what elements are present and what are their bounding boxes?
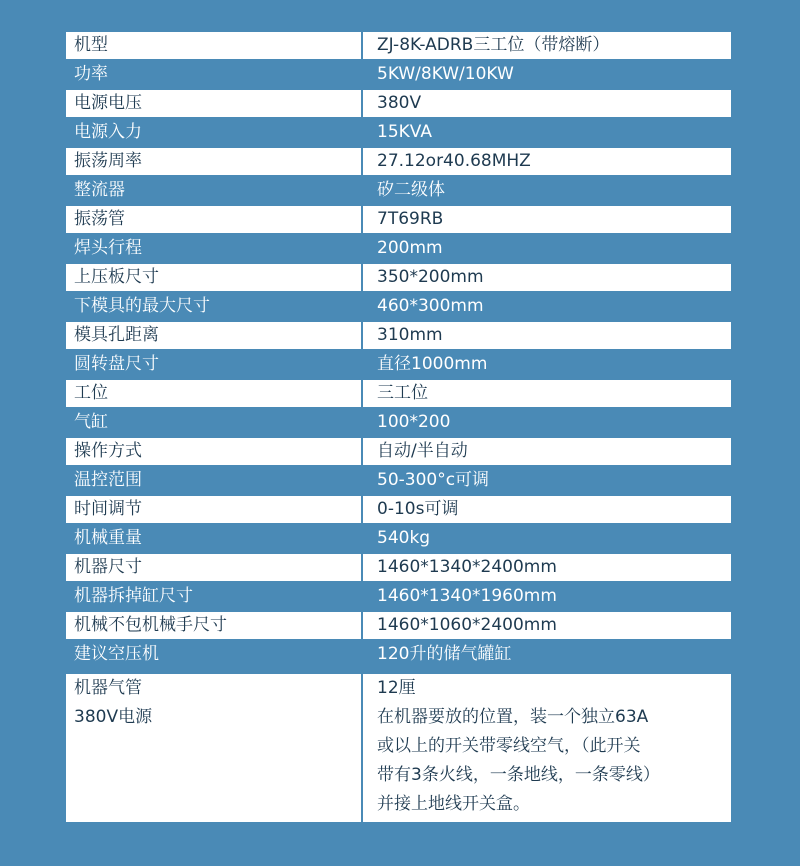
spec-value: 7T69RB <box>363 206 731 235</box>
spec-row-size-no-manipulator: 机械不包机械手尺寸 1460*1060*2400mm <box>66 612 731 641</box>
spec-value: 15KVA <box>363 119 731 148</box>
notes-value-line: 或以上的开关带零线空气，（此开关 <box>377 732 721 761</box>
notes-key-power: 380V电源 <box>74 703 361 732</box>
spec-row-machine-size: 机器尺寸 1460*1340*2400mm <box>66 554 731 583</box>
spec-key: 工位 <box>66 380 363 409</box>
spec-value: 50-300°c可调 <box>363 467 731 496</box>
spec-key: 下模具的最大尺寸 <box>66 293 363 322</box>
spec-row-upper-plate: 上压板尺寸 350*200mm <box>66 264 731 293</box>
spec-table: 机型 ZJ-8K-ADRB三工位（带熔断） 功率 5KW/8KW/10KW 电源… <box>66 32 731 822</box>
spec-row-temperature: 温控范围 50-300°c可调 <box>66 467 731 496</box>
spec-key: 机械重量 <box>66 525 363 554</box>
notes-value-line: 带有3条火线，一条地线，一条零线） <box>377 761 721 790</box>
spec-key: 电源入力 <box>66 119 363 148</box>
spec-key: 上压板尺寸 <box>66 264 363 293</box>
notes-values: 12厘 在机器要放的位置，装一个独立63A 或以上的开关带零线空气，（此开关 带… <box>363 674 731 822</box>
spec-row-rectifier: 整流器 矽二级体 <box>66 177 731 206</box>
spec-row-weight: 机械重量 540kg <box>66 525 731 554</box>
spec-row-oscillator-tube: 振荡管 7T69RB <box>66 206 731 235</box>
spec-key: 振荡周率 <box>66 148 363 177</box>
spec-row-input: 电源入力 15KVA <box>66 119 731 148</box>
notes-value-line: 12厘 <box>377 674 721 703</box>
spec-value: 380V <box>363 90 731 119</box>
spec-key: 模具孔距离 <box>66 322 363 351</box>
spec-row-turntable: 圆转盘尺寸 直径1000mm <box>66 351 731 380</box>
spec-value: 1460*1340*1960mm <box>363 583 731 612</box>
spec-value: 310mm <box>363 322 731 351</box>
notes-keys: 机器气管 380V电源 <box>66 674 363 822</box>
spec-row-lower-mold: 下模具的最大尺寸 460*300mm <box>66 293 731 322</box>
spec-row-cylinder: 气缸 100*200 <box>66 409 731 438</box>
spec-row-stations: 工位 三工位 <box>66 380 731 409</box>
spec-row-power: 功率 5KW/8KW/10KW <box>66 61 731 90</box>
spec-key: 操作方式 <box>66 438 363 467</box>
spec-key: 机器拆掉缸尺寸 <box>66 583 363 612</box>
spec-key: 建议空压机 <box>66 641 363 670</box>
spec-key: 圆转盘尺寸 <box>66 351 363 380</box>
spec-row-voltage: 电源电压 380V <box>66 90 731 119</box>
spec-row-compressor: 建议空压机 120升的储气罐缸 <box>66 641 731 670</box>
spec-value: 自动/半自动 <box>363 438 731 467</box>
spec-key: 机器尺寸 <box>66 554 363 583</box>
spec-value: 5KW/8KW/10KW <box>363 61 731 90</box>
spec-value: 120升的储气罐缸 <box>363 641 731 670</box>
spec-key: 电源电压 <box>66 90 363 119</box>
spec-value: 200mm <box>363 235 731 264</box>
spec-value: 350*200mm <box>363 264 731 293</box>
notes-key-air-pipe: 机器气管 <box>74 674 361 703</box>
spec-row-model: 机型 ZJ-8K-ADRB三工位（带熔断） <box>66 32 731 61</box>
spec-value: 540kg <box>363 525 731 554</box>
spec-row-size-no-cylinder: 机器拆掉缸尺寸 1460*1340*1960mm <box>66 583 731 612</box>
spec-value: 1460*1340*2400mm <box>363 554 731 583</box>
spec-value: 0-10s可调 <box>363 496 731 525</box>
spec-row-notes: 机器气管 380V电源 12厘 在机器要放的位置，装一个独立63A 或以上的开关… <box>66 674 731 822</box>
spec-value: 460*300mm <box>363 293 731 322</box>
spec-value: 直径1000mm <box>363 351 731 380</box>
spec-row-operation: 操作方式 自动/半自动 <box>66 438 731 467</box>
notes-value-line: 并接上地线开关盒。 <box>377 790 721 819</box>
spec-value: 三工位 <box>363 380 731 409</box>
spec-key: 振荡管 <box>66 206 363 235</box>
notes-value-line: 在机器要放的位置，装一个独立63A <box>377 703 721 732</box>
spec-key: 整流器 <box>66 177 363 206</box>
spec-value: 矽二级体 <box>363 177 731 206</box>
spec-key: 机械不包机械手尺寸 <box>66 612 363 641</box>
spec-row-time: 时间调节 0-10s可调 <box>66 496 731 525</box>
spec-key: 温控范围 <box>66 467 363 496</box>
spec-row-mold-hole: 模具孔距离 310mm <box>66 322 731 351</box>
spec-key: 时间调节 <box>66 496 363 525</box>
spec-value: ZJ-8K-ADRB三工位（带熔断） <box>363 32 731 61</box>
spec-key: 功率 <box>66 61 363 90</box>
spec-row-frequency: 振荡周率 27.12or40.68MHZ <box>66 148 731 177</box>
spec-row-stroke: 焊头行程 200mm <box>66 235 731 264</box>
spec-key: 焊头行程 <box>66 235 363 264</box>
spec-value: 100*200 <box>363 409 731 438</box>
spec-value: 1460*1060*2400mm <box>363 612 731 641</box>
spec-key: 机型 <box>66 32 363 61</box>
spec-value: 27.12or40.68MHZ <box>363 148 731 177</box>
spec-key: 气缸 <box>66 409 363 438</box>
